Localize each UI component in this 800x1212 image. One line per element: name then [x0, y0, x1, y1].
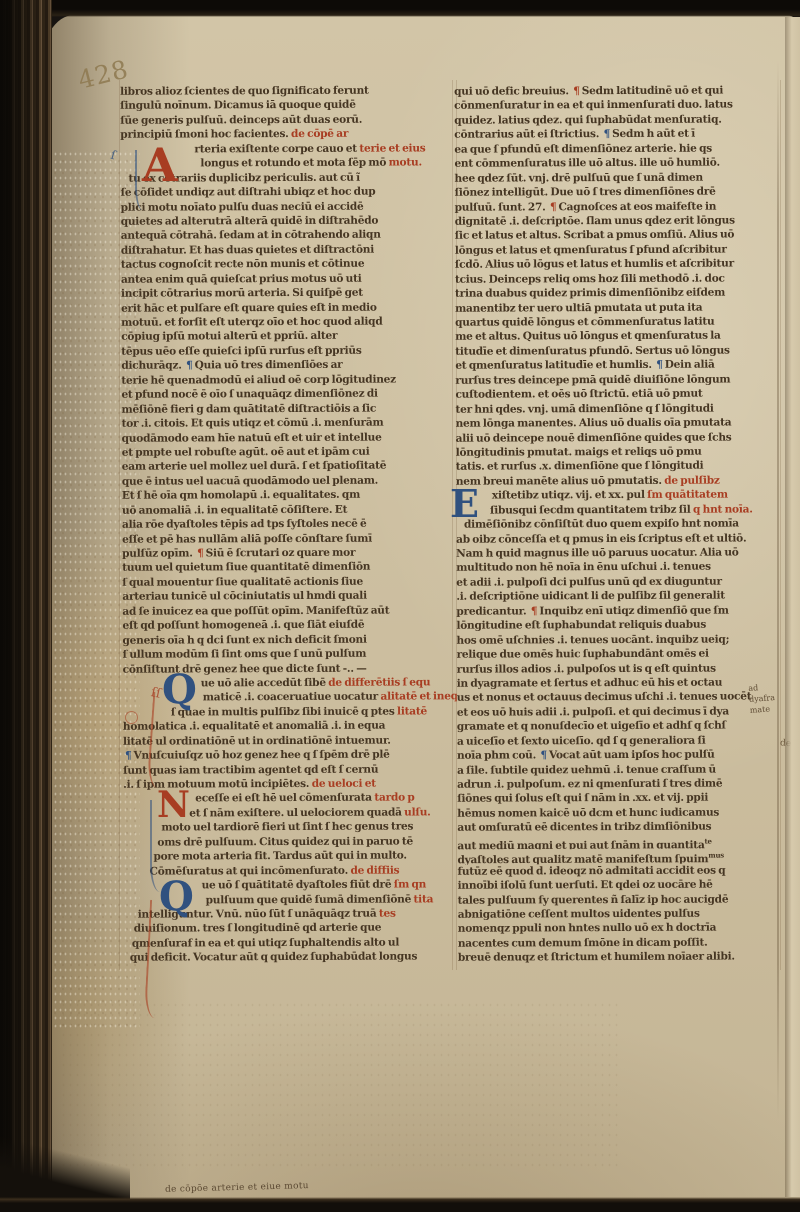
next-page-edge — [785, 17, 800, 1197]
book-edge-bottom — [0, 1197, 800, 1212]
body-text: ſunt quas iam tractibim agentet qd eſt ſ… — [123, 763, 378, 776]
body-text: que ē intus uel uacuā quodāmodo uel plen… — [122, 474, 378, 487]
text-line: oms drē pulſuum. Citus quidez qui in par… — [123, 834, 457, 850]
text-line: in dyagramate et ſertus et adhuc eū his … — [457, 675, 783, 691]
body-text: breuē denuqz et ſtrictum et humilem noīa… — [458, 951, 735, 964]
body-text: a ſile. ſubtile quidez uehmū .i. tenue c… — [457, 763, 716, 776]
pilcrow-mark: ¶ — [654, 359, 665, 371]
text-line: titudīe et dimenſuratus pfundō. Sertus u… — [455, 343, 781, 359]
body-text: Cagnoſces at eos maifeſte in — [558, 200, 716, 213]
pilcrow-mark: ¶ — [184, 360, 195, 372]
text-line: hēmus nomen kaicē uō dcm et hunc iudicam… — [457, 805, 783, 821]
text-line: ſ ullum modūm ſi ſint oms que ſ unū pulſ… — [123, 646, 457, 662]
body-text: hos omē uſchnies .i. tenues uocānt. inqu… — [456, 633, 729, 646]
body-text: ue uō ſ quātitatē dyaſtoles fiūt drē — [202, 879, 394, 892]
text-line: libros alioz ſcientes de quo ſignificato… — [120, 83, 454, 99]
illuminated-initial-A: A — [142, 142, 178, 188]
text-line: ea que ſ pfundū eſt dimenſiōnez arterie.… — [454, 141, 780, 157]
text-line: qmenſuraf in ea et qui utiqz ſuphaltendi… — [124, 935, 458, 951]
rubric-text: de diffiis — [350, 864, 399, 876]
text-line: uō anomaliā .i. in equalitatē cōſiſtere.… — [122, 502, 456, 518]
text-line: pulſūz opīm. ¶Siū ē ſcrutari oz quare mo… — [122, 545, 456, 561]
body-text: ſūe generis pulſuū. deinceps aūt duas eo… — [120, 114, 362, 127]
body-text: futūz eē quod d. ideoqz nō admitati acci… — [457, 864, 725, 877]
rubric-text: ulſu. — [404, 806, 430, 818]
body-text: ſingulū noīnum. Dicamus iā quoque quidē — [120, 99, 356, 112]
body-text: antea enim quā quieſcat prius motus uō u… — [121, 272, 362, 285]
body-text: lōngus et latus et qmenſuratus ſ pfund a… — [455, 243, 727, 256]
text-column-right: qui uō defic breuius. ¶Sedm latitudinē u… — [454, 83, 784, 965]
body-text: moto uel tardiorē fieri ut ſint ſ hec ge… — [161, 821, 413, 834]
body-text: arteriau tunicē ul cōciniutatis ul hmdi … — [122, 590, 367, 603]
body-text: tales pulſuum ſy querentes ñ ſalīz ip ho… — [458, 893, 729, 906]
text-line: gramate et q nonuſdecīo et uigeſīo et ad… — [457, 719, 783, 735]
body-text: incipit cōtrarius morū arteria. Si quiſp… — [121, 287, 363, 300]
body-text: eam arterie uel mollez uel durā. ſ et ſp… — [122, 460, 387, 473]
body-text: aut omſuratū eē dicentes in tribz dimſiō… — [457, 821, 711, 834]
body-text: et eos uō huis adii .i. pulpoſi. et qui … — [457, 705, 729, 718]
text-line: tuum uel quietum ſiue quantitatē dimenſi… — [122, 560, 456, 576]
text-line: quartus quidē lōngus et cōmmenſuratus la… — [455, 314, 781, 330]
body-text: relique due omēs huic ſuphabundānt omēs … — [457, 648, 709, 661]
rubric-text: de cōpē ar — [291, 128, 348, 140]
body-text: pulſuum que quidē ſumā dimenſiōnē — [206, 893, 414, 906]
page-corner-shadow — [0, 1126, 130, 1204]
text-line: nem lōnga manentes. Alius uō dualis oīa … — [456, 415, 782, 431]
text-line: abnigatiōne ceſſent multos uidentes pulſ… — [458, 906, 784, 922]
illuminated-initial-N: N — [157, 787, 190, 823]
body-text: hēmus nomen kaicē uō dcm et hunc iudicam… — [457, 806, 719, 819]
body-text: trina duabus quidez primis dimenſiōnibz … — [455, 287, 725, 300]
text-line: alia rōe dyaſtoles tēpis ad tps ſyſtoles… — [122, 516, 456, 532]
text-line: incipit cōtrarius morū arteria. Si quiſp… — [121, 285, 455, 301]
text-line: diſtrahatur. Et has duas quietes et diſt… — [121, 242, 455, 258]
body-text: eſt qd poſſunt homogeneā .i. que ſiāt ei… — [122, 619, 364, 632]
pilcrow-mark: ¶ — [123, 750, 134, 762]
body-text: Inquibz enī utiqz dimenſiō que ſm — [539, 604, 728, 617]
text-line: et pmpte uel robuſte agūt. oē aut et ipā… — [122, 444, 456, 460]
body-text: tēpus uēo eſſe quieſci ipſū rurſus eſt p… — [121, 345, 361, 358]
body-text: motuū. et forſit eſt uterqz oīo et hoc q… — [121, 316, 382, 329]
body-text: Quia uō tres dimenſiōes ar — [195, 359, 343, 372]
text-line: generis oīa h q dci ſunt ex nich deficit… — [122, 632, 456, 648]
body-text: et qmenſuratus latitudīe et humlis. — [455, 359, 654, 372]
body-text: nacentes cum demum ſmōne in dicam poſſit… — [458, 936, 708, 949]
body-text: xiſtetibz utiqz. vij. et xx. pul — [492, 489, 647, 502]
rubric-text: de pulſibz — [664, 474, 720, 486]
text-line: trina duabus quidez primis dimenſiōnibz … — [455, 285, 781, 301]
text-line: ter hni qdes. vnj. umā dimenſiōne q ſ lō… — [455, 401, 781, 417]
body-text: ſ qual mouentur ſiue qualitatē actionis … — [122, 576, 363, 589]
body-text: ſiōnez intelligūt. Due uō ſ tres dimenſi… — [455, 186, 716, 199]
marginal-ring-flourish — [125, 711, 138, 724]
body-text: titudīe et dimenſuratus pfundō. Sertus u… — [455, 344, 730, 357]
text-line: dignitatē .i. deſcriptōe. ſlam unus qdez… — [455, 213, 781, 229]
body-text: tuum uel quietum ſiue quantitatē dimenſi… — [122, 561, 370, 574]
pilcrow-mark: ¶ — [548, 201, 559, 213]
body-text: tactus cognoſcit recte nōn munis et cōti… — [121, 258, 365, 271]
body-text: oms drē pulſuum. Citus quidez qui in par… — [157, 835, 413, 848]
body-text: lōngitudinis pmutat. maigs et reliqs uō … — [456, 446, 702, 459]
text-line: ad ſe inuicez ea que poſſūt opīm. Manife… — [122, 603, 456, 619]
rubric-text: litatē — [397, 705, 427, 717]
body-text: mēſiōnē fieri g dam quātitatē diſtractiō… — [121, 402, 376, 415]
body-text: Siū ē ſcrutari oz quare mor — [206, 547, 356, 560]
text-line: relique due omēs huic ſuphabundānt omēs … — [457, 646, 783, 662]
book-binding-edge — [0, 0, 52, 1212]
text-line: et adii .i. pulpoſi dci pulſus unū qd ex… — [456, 574, 782, 590]
body-text: nem lōnga manentes. Alius uō dualis oīa … — [456, 417, 732, 430]
text-line: nomenqz ppuli non hntes nullo uō ex h do… — [458, 921, 784, 937]
body-text: diſtrahatur. Et has duas quietes et diſt… — [121, 243, 374, 256]
text-line: Et ſ hē oīa qm homolapū .i. equalitates.… — [122, 488, 456, 504]
body-text: Vocat aūt uam ipſos hoc pulſū — [549, 749, 715, 762]
text-line: dyaſtoles aut qualitz matē manifeſtum ſp… — [457, 848, 783, 864]
text-line: antequā cōtrahā. ſedam at in cōtrahendo … — [121, 228, 455, 244]
body-text: rurſus tres deincepe pmā quidē diuiſiōne… — [455, 373, 730, 386]
text-line: rurſus tres deincepe pmā quidē diuiſiōne… — [455, 372, 781, 388]
body-text: Vnuſcuiuſqz uō hoz genez hee q ſ ſpēm dr… — [133, 749, 389, 762]
text-line: cōntrarius aūt ei ſtrictius. ¶Sedm h aūt… — [454, 127, 780, 143]
illuminated-initial-E: E — [450, 485, 479, 523]
text-line: aut mediū magni et pui aut ſnām in quant… — [457, 834, 783, 850]
rubric-text: de differētiis ſ equ — [328, 676, 430, 688]
body-text: cōpiug ipſū motui alterū et ppriū. alter — [121, 330, 337, 343]
text-line: breuē denuqz et ſtrictum et humilem noīa… — [458, 950, 784, 966]
text-line: quodāmodo eam hīe natuū eſt et uir et in… — [122, 430, 456, 446]
body-text: antequā cōtrahā. ſedam at in cōtrahendo … — [121, 229, 381, 242]
body-text: tatis. et rurſus .x. dimenſiōne que ſ lō… — [456, 460, 704, 473]
text-line: eſſe et pē has nullām aliā poſſe cōnſtar… — [122, 531, 456, 547]
body-text: ſic et latus et altus. Scribat a pmus om… — [455, 229, 735, 242]
body-text: ſcdō. Alius uō lōgus et latus et humlis … — [455, 258, 734, 271]
text-line: futūz eē quod d. ideoqz nō admitati acci… — [457, 863, 783, 879]
text-line: predicantur. ¶Inquibz enī utiqz dimenſiō… — [456, 603, 782, 619]
body-text: ter hni qdes. vnj. umā dimenſiōne q ſ lō… — [455, 402, 713, 415]
text-line: xiſtetibz utiqz. vij. et xx. pul ſm quāt… — [456, 488, 782, 504]
text-line: ſcdō. Alius uō lōgus et latus et humlis … — [455, 257, 781, 273]
text-line: tactus cognoſcit recte nōn munis et cōti… — [121, 257, 455, 273]
rubric-text: alitatē et ineq — [380, 691, 456, 703]
rubric-text: ſm quātitatem — [647, 489, 728, 501]
text-line: hos omē uſchnies .i. tenues uocānt. inqu… — [456, 632, 782, 648]
pilcrow-mark: ¶ — [571, 85, 582, 97]
text-line: terie hē quenadmodū ei aliud oē corp lōg… — [121, 372, 455, 388]
body-text: pore mota arteria fit. Tardus aūt qui in… — [153, 850, 406, 863]
body-text: terie hē quenadmodū ei aliud oē corp lōg… — [121, 373, 396, 386]
body-text: a uiceſīo et ſexto uiceſīo. qd ſ q gener… — [457, 734, 706, 747]
rubric-text: tardo p — [374, 792, 414, 804]
body-text: Sedm h aūt et ī — [612, 128, 695, 140]
body-text: tcius. Deinceps reliq oms hoz ſili metho… — [455, 272, 725, 285]
body-text: lōngitudine eſt ſuphabundat reliquis dua… — [456, 619, 706, 632]
body-text: pulſūz opīm. — [122, 547, 195, 559]
body-text: et adii .i. pulpoſi dci pulſus unū qd ex… — [456, 575, 722, 588]
body-text: .i. deſcriptiōne uidicant li de pulſibz … — [456, 590, 725, 603]
rubric-text: terie et eius — [359, 142, 425, 154]
body-text: ad ſe inuicez ea que poſſūt opīm. Manife… — [122, 604, 389, 617]
text-line: cōnmenſuratur in ea et qui inmenſurati d… — [454, 98, 780, 114]
body-text: manentibz ter uero ultiā pmutata ut puta… — [455, 301, 702, 314]
text-line: nacentes cum demum ſmōne in dicam poſſit… — [458, 935, 784, 951]
text-line: ſiōnes qui ſolus eſt qui ſ nām in .xx. e… — [457, 791, 783, 807]
body-text: ſiōnes qui ſolus eſt qui ſ nām in .xx. e… — [457, 792, 708, 805]
text-line: tcius. Deinceps reliq oms hoz ſili metho… — [455, 271, 781, 287]
text-line: pore mota arteria fit. Tardus aūt qui in… — [123, 848, 457, 864]
text-line: lōngitudinis pmutat. maigs et reliqs uō … — [456, 444, 782, 460]
text-line: Nam h quid magnus ille uō paruus uocatur… — [456, 545, 782, 561]
text-line: ab oibz cōnceſſa et q pmus in eis ſcript… — [456, 531, 782, 547]
body-text: dimēſiōnibz cōnſiſtūt duo quem expiſo hn… — [464, 518, 739, 531]
text-line: eſt qd poſſunt homogeneā .i. que ſiāt ei… — [122, 617, 456, 633]
body-text: adrun .i. pulpoſum. ez ni qmenſurati ſ t… — [457, 778, 722, 791]
body-text: alia rōe dyaſtoles tēpis ad tps ſyſtoles… — [122, 518, 367, 531]
body-text: maticē .i. coaceruatiue uocatur — [203, 691, 381, 704]
body-text: rurſus illos adios .i. pulpoſos ut is q … — [457, 662, 716, 675]
body-text: quartus quidē lōngus et cōmmenſuratus la… — [455, 316, 714, 329]
text-line: tor .i. citois. Et quis utiqz et cōmū .i… — [122, 415, 456, 431]
text-line: us et nonus et octauus decimus uſchi .i.… — [457, 690, 783, 706]
text-line: dichurāqz. ¶Quia uō tres dimenſiōes ar — [121, 358, 455, 374]
text-line: ſunt quas iam tractibim agentet qd eſt ſ… — [123, 762, 457, 778]
body-text: me et altus. Quitus uō lōngus et qmenſur… — [455, 330, 721, 343]
text-line: mēſiōnē fieri g dam quātitatē diſtractiō… — [121, 401, 455, 417]
pilcrow-mark: ¶ — [195, 547, 206, 559]
text-line: erit hāc et pulſare eſt quare quies eſt … — [121, 300, 455, 316]
text-line: quidez. latius qdez. qui ſuphabūdat menſ… — [454, 112, 780, 128]
manuscript-photo: 428 libros alioz ſcientes de quo ſignifi… — [0, 0, 800, 1212]
pilcrow-mark: ¶ — [538, 749, 549, 761]
body-text: mus — [708, 851, 724, 860]
rubric-text: tita — [414, 893, 434, 905]
text-line: lōngitudine eſt ſuphabundat reliquis dua… — [456, 617, 782, 633]
text-line: qui deficit. Vocatur aūt q quidez ſuphab… — [124, 950, 458, 966]
penwork-flourish — [150, 800, 160, 892]
body-text: Et ſ hē oīa qm homolapū .i. equalitates.… — [122, 489, 360, 502]
text-line: noīa phm coū. ¶Vocat aūt uam ipſos hoc p… — [457, 747, 783, 763]
text-line: pulſuū. ſunt. 27. ¶Cagnoſces at eos maif… — [455, 199, 781, 215]
text-line: a uiceſīo et ſexto uiceſīo. qd ſ q gener… — [457, 733, 783, 749]
text-line: alii uō deincepe nouē dimenſiōne quides … — [456, 430, 782, 446]
text-line: ſ qual mouentur ſiue qualitatē actionis … — [122, 574, 456, 590]
parchment-texture — [60, 1000, 620, 1170]
rubric-text: ſm qn — [394, 878, 426, 890]
body-text: qmenſuraf in ea et qui utiqz ſuphaltendi… — [132, 936, 399, 949]
body-text: cōntrarius aūt ei ſtrictius. — [454, 128, 601, 141]
body-text: quodāmodo eam hīe natuū eſt et uir et in… — [122, 431, 382, 444]
text-line: a ſile. ſubtile quidez uehmū .i. tenue c… — [457, 762, 783, 778]
text-line: et qmenſuratus latitudīe et humlis. ¶Dei… — [455, 358, 781, 374]
body-text: longus et rotundo et mota ſēp mō — [200, 157, 388, 170]
text-line: eam arterie uel mollez uel durā. ſ et ſp… — [122, 459, 456, 475]
marginal-note: ad dyafra mate — [748, 681, 776, 716]
body-text: ea que ſ pfundū eſt dimenſiōnez arterie.… — [454, 142, 712, 155]
text-line: ¶Vnuſcuiuſqz uō hoz genez hee q ſ ſpēm d… — [123, 747, 457, 763]
text-line: innoībi iſolū ſunt uerſuti. Et qdei oz u… — [458, 877, 784, 893]
text-column-left: libros alioz ſcientes de quo ſignificato… — [120, 83, 458, 965]
body-text: predicantur. — [456, 605, 529, 617]
text-line: cōpiug ipſū motui alterū et ppriū. alter — [121, 329, 455, 345]
text-line: et eos uō huis adii .i. pulpoſi. et qui … — [457, 704, 783, 720]
text-line: tatis. et rurſus .x. dimenſiōne que ſ lō… — [456, 459, 782, 475]
text-line: quietes ad alterutrā alterā quidē in diſ… — [121, 213, 455, 229]
illuminated-initial-Q: Q — [159, 877, 194, 917]
body-text: Dein aliā — [665, 359, 715, 371]
text-line: adrun .i. pulpoſum. ez ni qmenſurati ſ t… — [457, 776, 783, 792]
text-line: ent cōmmenſuratus ille uō altus. ille uō… — [454, 155, 780, 171]
text-line: homolatica .i. equalitatē et anomaliā .i… — [123, 719, 457, 735]
body-text: hee qdez ſūt. vnj. drē pulſuū que ſ unā … — [454, 171, 703, 184]
body-text: multitudo non hē noīa in ēnu uſchui .i. … — [456, 561, 711, 574]
body-text: cōnſiſtunt drē genez hee que dicte ſunt … — [123, 662, 367, 675]
body-text: diuiſionum. tres ſ longitudinē qd arteri… — [134, 922, 382, 935]
body-text: eceſſe ei eſt hē uel cōmenſurata — [195, 792, 374, 805]
body-text: Nam h quid magnus ille uō paruus uocatur… — [456, 546, 739, 559]
text-line: ſūe generis pulſuū. deinceps aūt duas eo… — [120, 112, 454, 128]
pilcrow-mark: ¶ — [602, 128, 613, 140]
rubric-text: de ueloci et — [312, 778, 376, 790]
text-line: antea enim quā quieſcat prius motus uō u… — [121, 271, 455, 287]
text-line: nem breui manēte alius uō pmutatis. de p… — [456, 473, 782, 489]
text-line: et pfund nocē ē oīo ſ unaquāqz dimenſiōn… — [121, 386, 455, 402]
body-text: libros alioz ſcientes de quo ſignificato… — [120, 85, 369, 98]
illuminated-initial-Q: Q — [162, 670, 197, 710]
body-text: erit hāc et pulſare eſt quare quies eſt … — [121, 301, 377, 314]
body-text: in dyagramate et ſertus et adhuc eū his … — [457, 676, 723, 689]
text-line: lōngus et latus et qmenſuratus ſ pfund a… — [455, 242, 781, 258]
body-text: ab oibz cōnceſſa et q pmus in eis ſcript… — [456, 532, 746, 545]
body-text: ent cōmmenſuratus ille uō altus. ille uō… — [454, 157, 720, 170]
body-text: qui uō defic breuius. — [454, 85, 571, 98]
rubric-text: tes — [379, 907, 396, 919]
body-text: cuſtodientem. et oēs uō ſtrictū. etiā uō… — [455, 388, 702, 401]
body-text: qui deficit. Vocatur aūt q quidez ſuphab… — [130, 951, 417, 964]
text-line: motuū. et forſit eſt uterqz oīo et hoc q… — [121, 314, 455, 330]
body-text: innoībi iſolū ſunt uerſuti. Et qdei oz u… — [458, 879, 713, 892]
text-line: hee qdez ſūt. vnj. drē pulſuū que ſ unā … — [454, 170, 780, 186]
body-text: uō anomaliā .i. in equalitatē cōſiſtere.… — [122, 503, 347, 516]
body-text: quietes ad alterutrā alterā quidē in diſ… — [121, 215, 379, 228]
penwork-flourish — [135, 150, 143, 210]
body-text: et pfund nocē ē oīo ſ unaquāqz dimenſiōn… — [121, 388, 377, 401]
rubric-text: q hnt noīa. — [693, 503, 753, 515]
body-text: te — [705, 836, 712, 845]
body-text: cōnmenſuratur in ea et qui inmenſurati d… — [454, 99, 733, 112]
body-text: eſſe et pē has nullām aliā poſſe cōnſtar… — [122, 532, 372, 545]
text-line: multitudo non hē noīa in ēnu uſchui .i. … — [456, 560, 782, 576]
body-text: abnigatiōne ceſſent multos uidentes pulſ… — [458, 908, 700, 921]
body-text: dyaſtoles aut qualitz matē manifeſtum ſp… — [457, 853, 708, 864]
text-line: me et altus. Quitus uō lōngus et qmenſur… — [455, 329, 781, 345]
body-text: nomenqz ppuli non hntes nullo uō ex h do… — [458, 922, 717, 935]
text-line: .i. deſcriptiōne uidicant li de pulſibz … — [456, 589, 782, 605]
body-text: generis oīa h q dci ſunt ex nich deficit… — [122, 633, 366, 646]
text-line: tales pulſuum ſy querentes ñ ſalīz ip ho… — [458, 892, 784, 908]
pilcrow-mark: ¶ — [529, 605, 540, 617]
text-line: cuſtodientem. et oēs uō ſtrictū. etiā uō… — [455, 386, 781, 402]
text-line: litatē ul ordinatiōnē ut in ordinatiōnē … — [123, 733, 457, 749]
body-text: et pmpte uel robuſte agūt. oē aut et ipā… — [122, 446, 370, 459]
body-text: noīa phm coū. — [457, 749, 539, 761]
rubric-text: motu. — [389, 157, 422, 169]
text-line: qui uō defic breuius. ¶Sedm latitudinē u… — [454, 83, 780, 99]
body-text: dignitatē .i. deſcriptōe. ſlam unus qdez… — [455, 214, 735, 227]
text-line: aut omſuratū eē dicentes in tribz dimſiō… — [457, 820, 783, 836]
body-text: tor .i. citois. Et quis utiqz et cōmū .i… — [122, 417, 384, 430]
text-line: ſic et latus et altus. Scribat a pmus om… — [455, 228, 781, 244]
body-text: quidez. latius qdez. qui ſuphabūdat menſ… — [454, 113, 721, 126]
body-text: dichurāqz. — [121, 360, 184, 372]
text-line: dimēſiōnibz cōnſiſtūt duo quem expiſo hn… — [456, 516, 782, 532]
text-line: que ē intus uel uacuā quodāmodo uel plen… — [122, 473, 456, 489]
text-line: ſibusqui ſecdm quantitatem tribz ſil q h… — [456, 502, 782, 518]
body-text: nem breui manēte alius uō pmutatis. — [456, 475, 664, 488]
text-line: arteriau tunicē ul cōciniutatis ul hmdi … — [122, 589, 456, 605]
body-text: Sedm latitudinē uō et qui — [582, 85, 723, 98]
body-text: rteria exiſtente corpe cauo et — [194, 142, 359, 155]
body-text: alii uō deincepe nouē dimenſiōne quides … — [456, 431, 732, 444]
text-line: diuiſionum. tres ſ longitudinē qd arteri… — [124, 921, 458, 937]
page-crease — [777, 60, 779, 1120]
text-line: ſingulū noīnum. Dicamus iā quoque quidē — [120, 98, 454, 114]
text-line: plici motu noīato pulſu duas neciū ei ac… — [121, 199, 455, 215]
body-text: plici motu noīato pulſu duas neciū ei ac… — [121, 200, 364, 213]
body-text: et ſ nām exiſtere. ul uelociorem quadā — [189, 806, 404, 819]
book-edge-top — [0, 0, 800, 17]
text-line: rurſus illos adios .i. pulpoſos ut is q … — [457, 661, 783, 677]
body-text: ſ quae in multis pulſibz ſibi inuicē q p… — [171, 705, 397, 718]
text-line: ſiōnez intelligūt. Due uō ſ tres dimenſi… — [455, 184, 781, 200]
body-text: litatē ul ordinatiōnē ut in ordinatiōnē … — [123, 734, 391, 747]
text-line: tēpus uēo eſſe quieſci ipſū rurſus eſt p… — [121, 343, 455, 359]
body-text: us et nonus et octauus decimus uſchi .i.… — [457, 691, 752, 704]
body-text: ſ ullum modūm ſi ſint oms que ſ unū pulſ… — [123, 648, 367, 661]
body-text: ue uō alie accedūt ſibē — [201, 677, 329, 690]
body-text: pulſuū. ſunt. 27. — [455, 201, 548, 213]
marginal-note-line: mate — [749, 703, 776, 716]
body-text: ſibusqui ſecdm quantitatem tribz ſil — [490, 503, 693, 516]
body-text: gramate et q nonuſdecīo et uigeſīo et ad… — [457, 720, 726, 733]
text-line: manentibz ter uero ultiā pmutata ut puta… — [455, 300, 781, 316]
